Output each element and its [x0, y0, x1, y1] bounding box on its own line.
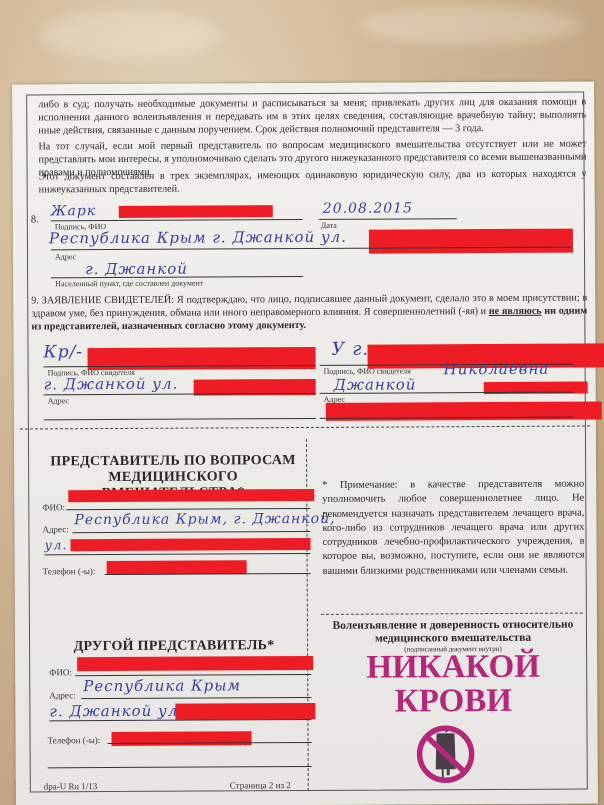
rep2-title: ДРУГОЙ ПРЕДСТАВИТЕЛЬ* — [43, 638, 305, 655]
redacted-rep2-address — [175, 703, 315, 720]
note-text: * Примечание: в качестве представителя м… — [322, 478, 585, 579]
section-9-number: 9. — [31, 295, 39, 306]
rep2-address-value: Республика Крым — [83, 676, 241, 695]
date-value: 20.08.2015 — [323, 200, 413, 216]
witness2-name-extra: Николаевна — [444, 360, 550, 379]
witness1-signature: Кр/- — [43, 342, 83, 362]
rep2-fio-label: ФИО: — [49, 667, 72, 677]
locality-label: Населенный пункт, где составлен документ — [55, 279, 203, 289]
witness-statement-title: ЗАЯВЛЕНИЕ СВИДЕТЕЛЕЙ: — [42, 295, 174, 307]
document-page: либо в суд; получать необходимые докумен… — [12, 81, 598, 805]
redacted-rep2-fio — [77, 656, 313, 671]
witness2-signature-label: Подпись, ФИО свидетеля — [324, 366, 411, 375]
intro-paragraph-3: Этот документ составлен в трех экземпляр… — [39, 168, 587, 197]
rep2-phone-label: Телефон (-ы): — [48, 735, 101, 745]
rep2-address-line2: г. Джанкой ул. — [49, 702, 184, 721]
brand-line2: КРОВИ — [315, 684, 591, 719]
rep1-address-label: Адрес: — [42, 524, 68, 534]
rep1-address-value: Республика Крым, г. Джанкой, — [74, 511, 335, 528]
brand-line1: НИКАКОЙ — [315, 650, 591, 685]
witness1-address-value: г. Джанкой ул. — [44, 375, 179, 394]
witness2-address-value: Джанкой — [334, 375, 417, 393]
rep1-fio-label: ФИО: — [42, 502, 65, 512]
locality-value: г. Джанкой — [85, 260, 188, 279]
rep2-address-label: Адрес: — [49, 690, 75, 700]
rep1-title-line1: ПРЕДСТАВИТЕЛЬ ПО ВОПРОСАМ — [42, 453, 304, 470]
applicant-signature: Жарк — [51, 203, 96, 219]
applicant-address-value: Республика Крым г. Джанкой ул. — [49, 228, 347, 248]
redacted-rep1-address — [70, 538, 310, 551]
no-blood-bag-icon — [414, 723, 476, 785]
redacted-rep1-fio — [68, 489, 314, 502]
witness-statement: 9. ЗАЯВЛЕНИЕ СВИДЕТЕЛЕЙ: Я подтверждаю, … — [31, 292, 587, 334]
rep1-phone-label: Телефон (-ы): — [43, 566, 96, 576]
redacted-applicant-name — [119, 205, 273, 218]
witness1-address-label: Адрес — [48, 396, 69, 405]
witness-emphasis-underlined: не являюсь — [489, 306, 542, 317]
witness2-signature: У г. — [331, 339, 369, 360]
footer-page-number: Страница 2 из 2 — [230, 780, 291, 790]
footer-code: dpa-U Ru 1/13 — [44, 781, 98, 791]
section-8-number: 8. — [31, 214, 39, 225]
redacted-applicant-address — [369, 229, 573, 254]
cover-title-line1: Волеизъявление и доверенность относитель… — [315, 619, 591, 633]
intro-paragraph-1: либо в суд; получать необходимые докумен… — [38, 96, 586, 138]
address-label: Адрес — [55, 252, 76, 261]
rep1-address-line2: ул. — [44, 538, 67, 553]
